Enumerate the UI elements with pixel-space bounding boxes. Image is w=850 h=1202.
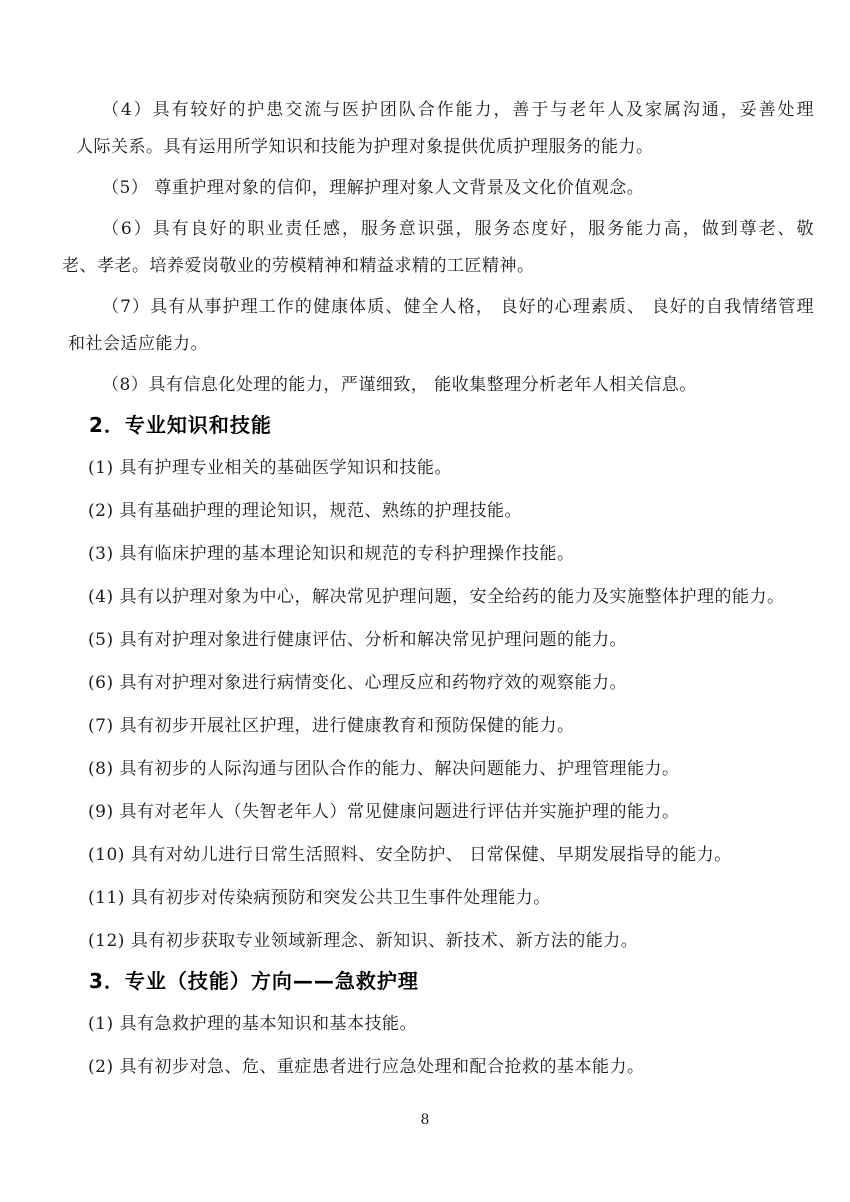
- text-line: （8）具有信息化处理的能力，严谨细致， 能收集整理分析老年人相关信息。: [62, 367, 814, 404]
- paragraph: （4）具有较好的护患交流与医护团队合作能力，善于与老年人及家属沟通，妥善处理 人…: [62, 92, 814, 166]
- list-item: (7) 具有初步开展社区护理，进行健康教育和预防保健的能力。: [62, 708, 814, 744]
- text-line: 和社会适应能力。: [62, 326, 814, 363]
- paragraph: （5） 尊重护理对象的信仰，理解护理对象人文背景及文化价值观念。: [62, 170, 814, 207]
- document-page: （4）具有较好的护患交流与医护团队合作能力，善于与老年人及家属沟通，妥善处理 人…: [0, 0, 850, 1202]
- text-line: （4）具有较好的护患交流与医护团队合作能力，善于与老年人及家属沟通，妥善处理: [62, 92, 814, 129]
- general-abilities-section: （4）具有较好的护患交流与医护团队合作能力，善于与老年人及家属沟通，妥善处理 人…: [62, 92, 814, 404]
- list-item: (8) 具有初步的人际沟通与团队合作的能力、解决问题能力、护理管理能力。: [62, 751, 814, 787]
- list-item: (12) 具有初步获取专业领域新理念、新知识、新技术、新方法的能力。: [62, 923, 814, 959]
- professional-knowledge-list: (1) 具有护理专业相关的基础医学知识和技能。 (2) 具有基础护理的理论知识，…: [62, 450, 814, 959]
- list-item: (9) 具有对老年人（失智老年人）常见健康问题进行评估并实施护理的能力。: [62, 794, 814, 830]
- list-item: (4) 具有以护理对象为中心，解决常见护理问题，安全给药的能力及实施整体护理的能…: [62, 579, 814, 615]
- page-number: 8: [0, 1112, 850, 1128]
- text-line: （7）具有从事护理工作的健康体质、健全人格， 良好的心理素质、 良好的自我情绪管…: [62, 289, 814, 326]
- emergency-nursing-list: (1) 具有急救护理的基本知识和基本技能。 (2) 具有初步对急、危、重症患者进…: [62, 1006, 814, 1085]
- list-item: (10) 具有对幼儿进行日常生活照料、安全防护、 日常保健、早期发展指导的能力。: [62, 837, 814, 873]
- list-item: (1) 具有急救护理的基本知识和基本技能。: [62, 1006, 814, 1042]
- section-heading-professional-knowledge: 2．专业知识和技能: [62, 410, 814, 440]
- content-area: （4）具有较好的护患交流与医护团队合作能力，善于与老年人及家属沟通，妥善处理 人…: [0, 0, 850, 1085]
- text-line: 人际关系。具有运用所学知识和技能为护理对象提供优质护理服务的能力。: [62, 129, 814, 166]
- list-item: (11) 具有初步对传染病预防和突发公共卫生事件处理能力。: [62, 880, 814, 916]
- paragraph: （6）具有良好的职业责任感，服务意识强，服务态度好，服务能力高，做到尊老、敬 老…: [62, 211, 814, 285]
- list-item: (3) 具有临床护理的基本理论知识和规范的专科护理操作技能。: [62, 536, 814, 572]
- text-line: （6）具有良好的职业责任感，服务意识强，服务态度好，服务能力高，做到尊老、敬: [62, 211, 814, 248]
- text-line: （5） 尊重护理对象的信仰，理解护理对象人文背景及文化价值观念。: [62, 170, 814, 207]
- section-heading-skill-direction: 3．专业（技能）方向——急救护理: [62, 966, 814, 996]
- paragraph: （7）具有从事护理工作的健康体质、健全人格， 良好的心理素质、 良好的自我情绪管…: [62, 289, 814, 363]
- paragraph: （8）具有信息化处理的能力，严谨细致， 能收集整理分析老年人相关信息。: [62, 367, 814, 404]
- list-item: (2) 具有基础护理的理论知识，规范、熟练的护理技能。: [62, 493, 814, 529]
- text-line: 老、孝老。培养爱岗敬业的劳模精神和精益求精的工匠精神。: [62, 248, 814, 285]
- list-item: (6) 具有对护理对象进行病情变化、心理反应和药物疗效的观察能力。: [62, 665, 814, 701]
- list-item: (2) 具有初步对急、危、重症患者进行应急处理和配合抢救的基本能力。: [62, 1049, 814, 1085]
- list-item: (1) 具有护理专业相关的基础医学知识和技能。: [62, 450, 814, 486]
- list-item: (5) 具有对护理对象进行健康评估、分析和解决常见护理问题的能力。: [62, 622, 814, 658]
